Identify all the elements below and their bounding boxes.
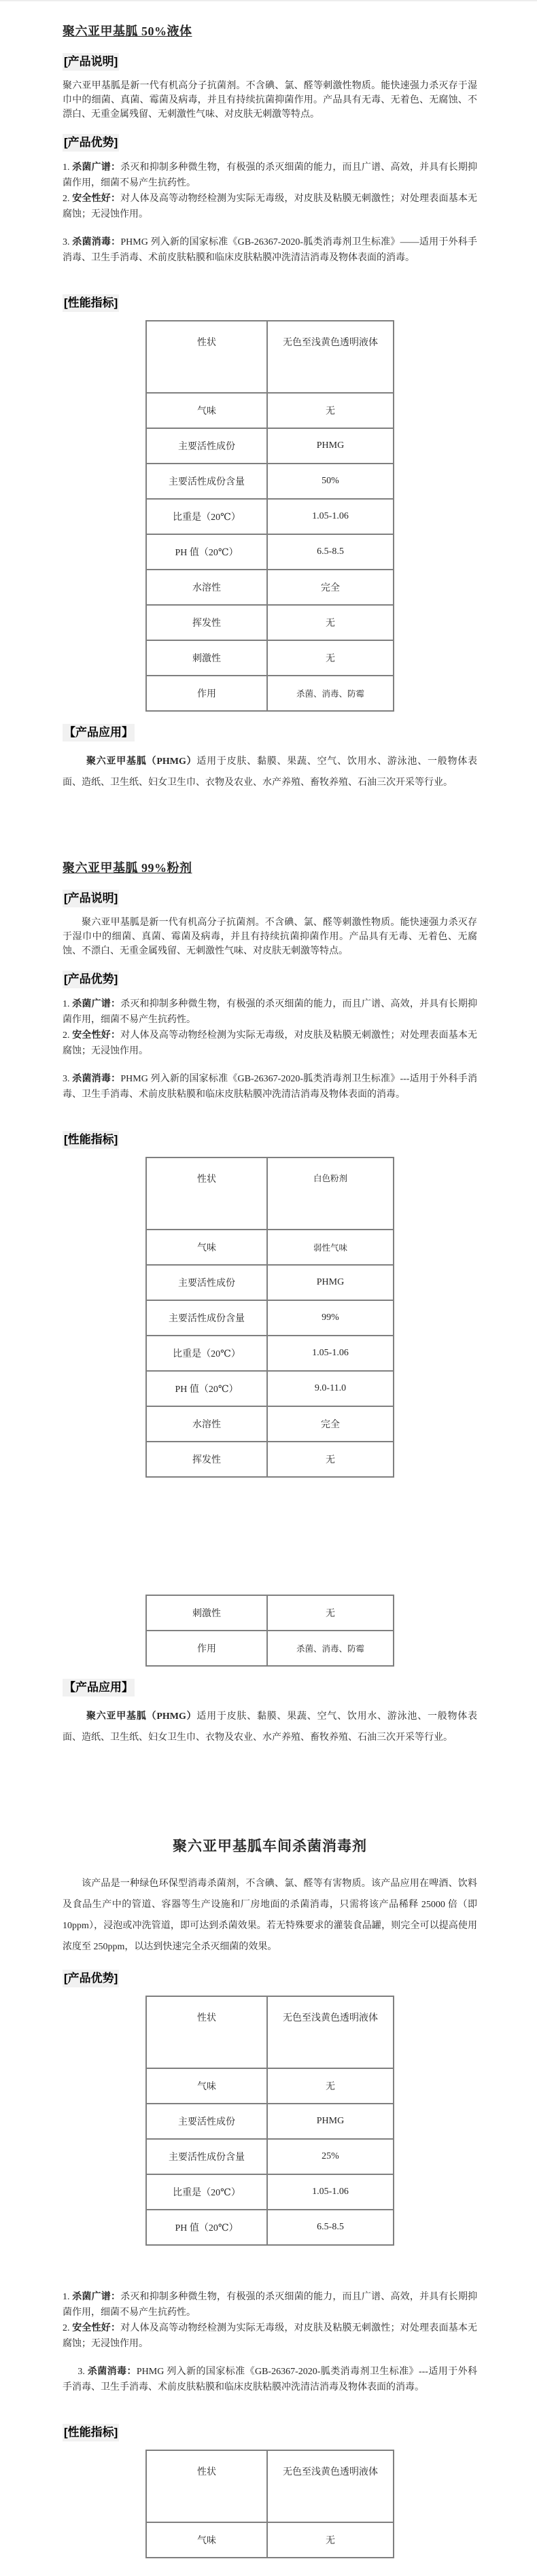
advantage-term: 杀菌消毒： — [72, 237, 120, 247]
spec-value-cell: 1.05-1.06 — [267, 499, 394, 534]
adv-header-label: [产品优势] — [63, 134, 119, 152]
product2-desc-header: [产品说明] — [63, 890, 477, 907]
section-gap — [63, 793, 477, 858]
product1-app-header: 【产品应用】 — [63, 724, 477, 742]
spec-value-cell: 25% — [267, 2139, 394, 2174]
advantage-term: 杀菌消毒： — [72, 1074, 120, 1084]
product2-spec-table-part1: 性状白色粉剂 气味弱性气味 主要活性成份PHMG 主要活性成份含量99% 比重是… — [145, 1157, 394, 1478]
spec-value-cell: PHMG — [267, 2104, 394, 2139]
advantage-number: 3. — [63, 1074, 72, 1084]
spec-label-cell: 气味 — [146, 393, 267, 428]
spec-label-cell: 刺激性 — [146, 1595, 267, 1631]
spec-label-cell: 主要活性成份 — [146, 2104, 267, 2139]
spec-label-cell: 主要活性成份 — [146, 1265, 267, 1300]
spec-value-cell: 无色至浅黄色透明液体 — [267, 2450, 394, 2522]
table-row: PH 值（20℃）6.5-8.5 — [146, 534, 394, 570]
advantage-number: 2. — [63, 2323, 72, 2333]
product3-adv-header: [产品优势] — [63, 1970, 477, 1987]
advantage-text: 杀灭和抑制多种微生物，有极强的杀灭细菌的能力，而且广谱、高效，并具有长期抑菌作用… — [63, 999, 477, 1025]
table-row: 性状白色粉剂 — [146, 1158, 394, 1230]
advantage-term: 安全性好： — [72, 1030, 120, 1041]
table-row: 主要活性成份含量50% — [146, 464, 394, 499]
table-row: 主要活性成份PHMG — [146, 428, 394, 464]
table-row: 性状无色至浅黄色透明液体 — [146, 321, 394, 393]
table-row: 主要活性成份含量25% — [146, 2139, 394, 2174]
spec-label-cell: 挥发性 — [146, 1442, 267, 1477]
table-row: 挥发性无 — [146, 605, 394, 640]
spec-label-cell: 性状 — [146, 1996, 267, 2068]
spec-label-cell: 作用 — [146, 1631, 267, 1666]
product1-adv-header: [产品优势] — [63, 134, 477, 152]
advantage-item: 3. 杀菌消毒：PHMG 列入新的国家标准《GB-26367-2020-胍类消毒… — [63, 2364, 477, 2395]
product1-perf-header: [性能指标] — [63, 294, 477, 312]
spec-value-cell: 9.0-11.0 — [267, 1371, 394, 1406]
product2-app-header: 【产品应用】 — [63, 1679, 477, 1696]
perf-header-label: [性能指标] — [63, 1131, 119, 1149]
advantage-text: 杀灭和抑制多种微生物，有极强的杀灭细菌的能力，而且广谱、高效，并具有长期抑菌作用… — [63, 2292, 477, 2318]
product3-title: 聚六亚甲基胍车间杀菌消毒剂 — [63, 1835, 477, 1856]
advantage-text: PHMG 列入新的国家标准《GB-26367-2020-胍类消毒剂卫生标准》——… — [63, 237, 477, 263]
advantage-text: 对人体及高等动物经检测为实际无毒级，对皮肤及粘膜无刺激性；对处理表面基本无腐蚀；… — [63, 194, 477, 220]
product1-title: 聚六亚甲基胍 50%液体 — [63, 22, 477, 39]
advantage-term: 安全性好： — [72, 194, 120, 204]
spec-label-cell: 主要活性成份含量 — [146, 1300, 267, 1336]
advantage-item: 2. 安全性好：对人体及高等动物经检测为实际无毒级，对皮肤及粘膜无刺激性；对处理… — [63, 191, 477, 222]
table-row: PH 值（20℃）9.0-11.0 — [146, 1371, 394, 1406]
product3-spec-table: 性状无色至浅黄色透明液体 气味无 主要活性成份PHMG 主要活性成份含量25% … — [145, 1996, 394, 2246]
product2-description: 聚六亚甲基胍是新一代有机高分子抗菌剂。不含碘、氯、醛等刺激性物质。能快速强力杀灭… — [63, 916, 477, 958]
spec-label-cell: 性状 — [146, 1158, 267, 1230]
advantage-item: 3. 杀菌消毒：PHMG 列入新的国家标准《GB-26367-2020-胍类消毒… — [63, 234, 477, 266]
spec-label-cell: 性状 — [146, 321, 267, 393]
advantage-item: 1. 杀菌广谱：杀灭和抑制多种微生物，有极强的杀灭细菌的能力，而且广谱、高效，并… — [63, 160, 477, 191]
product2-application: 聚六亚甲基胍（PHMG）适用于皮肤、黏膜、果蔬、空气、饮用水、游泳池、一般物体表… — [63, 1706, 477, 1748]
product1-desc-header: [产品说明] — [63, 53, 477, 71]
advantage-item: 1. 杀菌广谱：杀灭和抑制多种微生物，有极强的杀灭细菌的能力，而且广谱、高效，并… — [63, 996, 477, 1028]
spec-value-cell: 无 — [267, 605, 394, 640]
spacer — [63, 2254, 477, 2281]
product3-perf-header: [性能指标] — [63, 2424, 477, 2441]
advantage-number: 1. — [63, 162, 72, 173]
table-row: PH 值（20℃）6.5-8.5 — [146, 2210, 394, 2245]
advantage-text: PHMG 列入新的国家标准《GB-26367-2020-胍类消毒剂卫生标准》--… — [63, 1074, 477, 1100]
spec-label-cell: 比重是（20℃） — [146, 499, 267, 534]
desc-header-label: [产品说明] — [63, 53, 119, 71]
table-row: 气味无 — [146, 2522, 394, 2558]
product1-spec-table: 性状无色至浅黄色透明液体 气味无 主要活性成份PHMG 主要活性成份含量50% … — [145, 320, 394, 712]
product1-description: 聚六亚甲基胍是新一代有机高分子抗菌剂。不含碘、氯、醛等刺激性物质。能快速强力杀灭… — [63, 79, 477, 122]
spec-value-cell: 完全 — [267, 1406, 394, 1442]
product2-spec-table-part2: 刺激性无 作用杀菌、消毒、防霉 — [145, 1595, 394, 1667]
table-row: 比重是（20℃）1.05-1.06 — [146, 499, 394, 534]
spec-value-cell: 无 — [267, 2068, 394, 2104]
spec-label-cell: 比重是（20℃） — [146, 2174, 267, 2210]
table-row: 水溶性完全 — [146, 1406, 394, 1442]
desc-header-label: [产品说明] — [63, 890, 119, 907]
spec-value-cell: 1.05-1.06 — [267, 1336, 394, 1371]
spec-label-cell: 气味 — [146, 2068, 267, 2104]
table-row: 比重是（20℃）1.05-1.06 — [146, 2174, 394, 2210]
advantage-number: 3. — [77, 2367, 87, 2377]
spec-value-cell: 6.5-8.5 — [267, 2210, 394, 2245]
spec-value-cell: 1.05-1.06 — [267, 2174, 394, 2210]
table-row: 水溶性完全 — [146, 570, 394, 605]
spec-value-cell: 50% — [267, 464, 394, 499]
spec-label-cell: 作用 — [146, 676, 267, 711]
spec-value-cell: 无色至浅黄色透明液体 — [267, 321, 394, 393]
spec-label-cell: PH 值（20℃） — [146, 534, 267, 570]
table-row: 刺激性无 — [146, 1595, 394, 1631]
table-row: 刺激性无 — [146, 640, 394, 676]
advantage-term: 杀菌广谱： — [72, 999, 120, 1009]
advantage-term: 杀菌广谱： — [72, 162, 120, 173]
spec-label-cell: 主要活性成份含量 — [146, 464, 267, 499]
spec-value-cell: 无 — [267, 1595, 394, 1631]
adv-header-label: [产品优势] — [63, 1970, 119, 1987]
app-header-label: 【产品应用】 — [63, 724, 135, 742]
spec-label-cell: 主要活性成份 — [146, 428, 267, 464]
spec-label-cell: 主要活性成份含量 — [146, 2139, 267, 2174]
app-header-label: 【产品应用】 — [63, 1679, 135, 1696]
spec-value-cell: 无 — [267, 393, 394, 428]
advantage-item: 2. 安全性好：对人体及高等动物经检测为实际无毒级，对皮肤及粘膜无刺激性；对处理… — [63, 2320, 477, 2352]
table-row: 性状无色至浅黄色透明液体 — [146, 1996, 394, 2068]
spec-label-cell: PH 值（20℃） — [146, 1371, 267, 1406]
table-row: 气味无 — [146, 393, 394, 428]
document-page: 聚六亚甲基胍 50%液体 [产品说明] 聚六亚甲基胍是新一代有机高分子抗菌剂。不… — [0, 1, 537, 2576]
advantage-number: 2. — [63, 194, 72, 204]
product2-title: 聚六亚甲基胍 99%粉剂 — [63, 858, 477, 876]
product1-application: 聚六亚甲基胍（PHMG）适用于皮肤、黏膜、果蔬、空气、饮用水、游泳池、一般物体表… — [63, 751, 477, 793]
spec-value-cell: 弱性气味 — [267, 1230, 394, 1265]
spec-label-cell: PH 值（20℃） — [146, 2210, 267, 2245]
table-row: 气味弱性气味 — [146, 1230, 394, 1265]
advantage-text: 对人体及高等动物经检测为实际无毒级，对皮肤及粘膜无刺激性；对处理表面基本无腐蚀；… — [63, 2323, 477, 2349]
spec-label-cell: 刺激性 — [146, 640, 267, 676]
advantage-term: 杀菌消毒： — [88, 2367, 137, 2377]
advantage-text: 对人体及高等动物经检测为实际无毒级，对皮肤及粘膜无刺激性；对处理表面基本无腐蚀；… — [63, 1030, 477, 1056]
spec-label-cell: 气味 — [146, 1230, 267, 1265]
spec-value-cell: 杀菌、消毒、防霉 — [267, 1631, 394, 1666]
perf-header-label: [性能指标] — [63, 294, 119, 312]
section-gap — [63, 1748, 477, 1835]
advantage-number: 1. — [63, 999, 72, 1009]
advantage-item: 2. 安全性好：对人体及高等动物经检测为实际无毒级，对皮肤及粘膜无刺激性；对处理… — [63, 1028, 477, 1059]
product2-perf-header: [性能指标] — [63, 1131, 477, 1149]
spec-value-cell: 99% — [267, 1300, 394, 1336]
spec-label-cell: 水溶性 — [146, 570, 267, 605]
table-row: 主要活性成份PHMG — [146, 2104, 394, 2139]
table-row: 作用杀菌、消毒、防霉 — [146, 1631, 394, 1666]
spec-value-cell: 6.5-8.5 — [267, 534, 394, 570]
spec-value-cell: 无色至浅黄色透明液体 — [267, 1996, 394, 2068]
table-row: 性状无色至浅黄色透明液体 — [146, 2450, 394, 2522]
advantage-text: 杀灭和抑制多种微生物，有极强的杀灭细菌的能力，而且广谱、高效，并具有长期抑菌作用… — [63, 162, 477, 188]
advantage-item: 3. 杀菌消毒：PHMG 列入新的国家标准《GB-26367-2020-胍类消毒… — [63, 1071, 477, 1102]
product3-perf-table: 性状无色至浅黄色透明液体 气味无 — [145, 2450, 394, 2558]
spec-value-cell: 杀菌、消毒、防霉 — [267, 676, 394, 711]
adv-header-label: [产品优势] — [63, 971, 119, 988]
product3-intro: 该产品是一种绿色环保型消毒杀菌剂，不含碘、氯、醛等有害物质。该产品应用在啤酒、饮… — [63, 1873, 477, 1957]
table-row: 比重是（20℃）1.05-1.06 — [146, 1336, 394, 1371]
product2-adv-header: [产品优势] — [63, 971, 477, 988]
product1-advantages: 1. 杀菌广谱：杀灭和抑制多种微生物，有极强的杀灭细菌的能力，而且广谱、高效，并… — [63, 160, 477, 266]
spec-value-cell: PHMG — [267, 1265, 394, 1300]
spec-value-cell: 无 — [267, 2522, 394, 2558]
spec-label-cell: 气味 — [146, 2522, 267, 2558]
spec-label-cell: 水溶性 — [146, 1406, 267, 1442]
spec-value-cell: PHMG — [267, 428, 394, 464]
perf-header-label: [性能指标] — [63, 2424, 119, 2441]
application-lead: 聚六亚甲基胍（PHMG） — [86, 1711, 196, 1722]
table-row: 作用杀菌、消毒、防霉 — [146, 676, 394, 711]
spec-value-cell: 无 — [267, 640, 394, 676]
spec-label-cell: 性状 — [146, 2450, 267, 2522]
advantage-term: 杀菌广谱： — [72, 2292, 120, 2302]
advantage-term: 安全性好： — [72, 2323, 120, 2333]
product3-advantages: 1. 杀菌广谱：杀灭和抑制多种微生物，有极强的杀灭细菌的能力，而且广谱、高效，并… — [63, 2289, 477, 2395]
spec-value-cell: 白色粉剂 — [267, 1158, 394, 1230]
spec-value-cell: 完全 — [267, 570, 394, 605]
page-break-gap — [63, 1486, 477, 1588]
advantage-number: 2. — [63, 1030, 72, 1041]
advantage-number: 3. — [63, 237, 72, 247]
advantage-number: 1. — [63, 2292, 72, 2302]
spec-label-cell: 比重是（20℃） — [146, 1336, 267, 1371]
spec-value-cell: 无 — [267, 1442, 394, 1477]
application-lead: 聚六亚甲基胍（PHMG） — [86, 756, 196, 767]
advantage-item: 1. 杀菌广谱：杀灭和抑制多种微生物，有极强的杀灭细菌的能力，而且广谱、高效，并… — [63, 2289, 477, 2320]
table-row: 主要活性成份含量99% — [146, 1300, 394, 1336]
table-row: 主要活性成份PHMG — [146, 1265, 394, 1300]
table-row: 气味无 — [146, 2068, 394, 2104]
spec-label-cell: 挥发性 — [146, 605, 267, 640]
table-row: 挥发性无 — [146, 1442, 394, 1477]
product2-advantages: 1. 杀菌广谱：杀灭和抑制多种微生物，有极强的杀灭细菌的能力，而且广谱、高效，并… — [63, 996, 477, 1102]
